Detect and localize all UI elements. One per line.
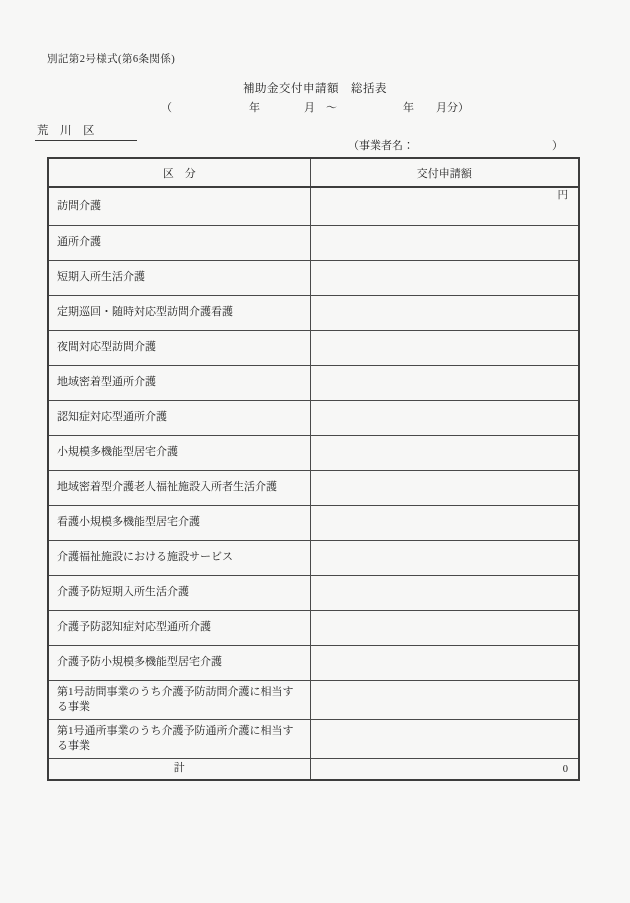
total-label-cell: 計	[48, 758, 310, 780]
category-column-header: 区 分	[48, 158, 310, 187]
category-cell: 定期巡回・随時対応型訪問介護看護	[48, 295, 310, 330]
category-cell: 看護小規模多機能型居宅介護	[48, 505, 310, 540]
amount-cell	[310, 435, 579, 470]
category-cell: 地域密着型介護老人福祉施設入所者生活介護	[48, 470, 310, 505]
amount-cell	[310, 645, 579, 680]
category-cell: 介護予防認知症対応型通所介護	[48, 610, 310, 645]
table-row: 地域密着型介護老人福祉施設入所者生活介護	[48, 470, 579, 505]
table-row: 短期入所生活介護	[48, 260, 579, 295]
table-row: 介護予防短期入所生活介護	[48, 575, 579, 610]
category-cell: 第1号訪問事業のうち介護予防訪問介護に相当する事業	[48, 680, 310, 719]
table-header-row: 区 分 交付申請額	[48, 158, 579, 187]
table-row: 認知症対応型通所介護	[48, 400, 579, 435]
amount-cell: 円	[310, 187, 579, 225]
amount-cell	[310, 470, 579, 505]
category-cell: 訪問介護	[48, 187, 310, 225]
amount-cell	[310, 680, 579, 719]
amount-column-header: 交付申請額	[310, 158, 579, 187]
amount-cell	[310, 295, 579, 330]
form-code-label: 別記第2号様式(第6条関係)	[47, 51, 175, 66]
table-row: 第1号通所事業のうち介護予防通所介護に相当する事業	[48, 719, 579, 758]
category-cell: 介護予防短期入所生活介護	[48, 575, 310, 610]
document-title: 補助金交付申請額 総括表	[0, 80, 630, 96]
operator-name-line: （事業者名： ）	[348, 137, 563, 153]
amount-cell	[310, 540, 579, 575]
amount-cell	[310, 330, 579, 365]
table-body: 訪問介護円通所介護短期入所生活介護定期巡回・随時対応型訪問介護看護夜間対応型訪問…	[48, 187, 579, 780]
amount-cell	[310, 225, 579, 260]
category-cell: 地域密着型通所介護	[48, 365, 310, 400]
operator-name-close-paren: ）	[552, 137, 563, 153]
table-row: 介護福祉施設における施設サービス	[48, 540, 579, 575]
category-cell: 夜間対応型訪問介護	[48, 330, 310, 365]
table-row: 定期巡回・随時対応型訪問介護看護	[48, 295, 579, 330]
amount-cell	[310, 400, 579, 435]
category-cell: 介護予防小規模多機能型居宅介護	[48, 645, 310, 680]
table-row: 通所介護	[48, 225, 579, 260]
amount-cell	[310, 260, 579, 295]
amount-cell	[310, 610, 579, 645]
table-row: 第1号訪問事業のうち介護予防訪問介護に相当する事業	[48, 680, 579, 719]
application-amount-table: 区 分 交付申請額 訪問介護円通所介護短期入所生活介護定期巡回・随時対応型訪問介…	[47, 157, 580, 781]
category-cell: 介護福祉施設における施設サービス	[48, 540, 310, 575]
total-amount-value: 0	[563, 764, 568, 775]
amount-cell	[310, 575, 579, 610]
amount-cell	[310, 505, 579, 540]
total-amount-cell: 0	[310, 758, 579, 780]
period-blank-line: （ 年 月 ～ 年 月分）	[0, 99, 630, 115]
category-cell: 短期入所生活介護	[48, 260, 310, 295]
total-row: 計0	[48, 758, 579, 780]
category-cell: 認知症対応型通所介護	[48, 400, 310, 435]
amount-cell	[310, 365, 579, 400]
table-row: 介護予防小規模多機能型居宅介護	[48, 645, 579, 680]
category-cell: 通所介護	[48, 225, 310, 260]
table-row: 訪問介護円	[48, 187, 579, 225]
table-row: 夜間対応型訪問介護	[48, 330, 579, 365]
category-cell: 第1号通所事業のうち介護予防通所介護に相当する事業	[48, 719, 310, 758]
ward-name-label: 荒 川 区	[35, 122, 137, 141]
currency-unit-label: 円	[558, 190, 569, 202]
table-row: 介護予防認知症対応型通所介護	[48, 610, 579, 645]
category-cell: 小規模多機能型居宅介護	[48, 435, 310, 470]
table-row: 看護小規模多機能型居宅介護	[48, 505, 579, 540]
operator-name-label: （事業者名：	[348, 137, 414, 153]
table-row: 小規模多機能型居宅介護	[48, 435, 579, 470]
table-row: 地域密着型通所介護	[48, 365, 579, 400]
document-page: 別記第2号様式(第6条関係) 補助金交付申請額 総括表 （ 年 月 ～ 年 月分…	[0, 0, 630, 903]
amount-cell	[310, 719, 579, 758]
